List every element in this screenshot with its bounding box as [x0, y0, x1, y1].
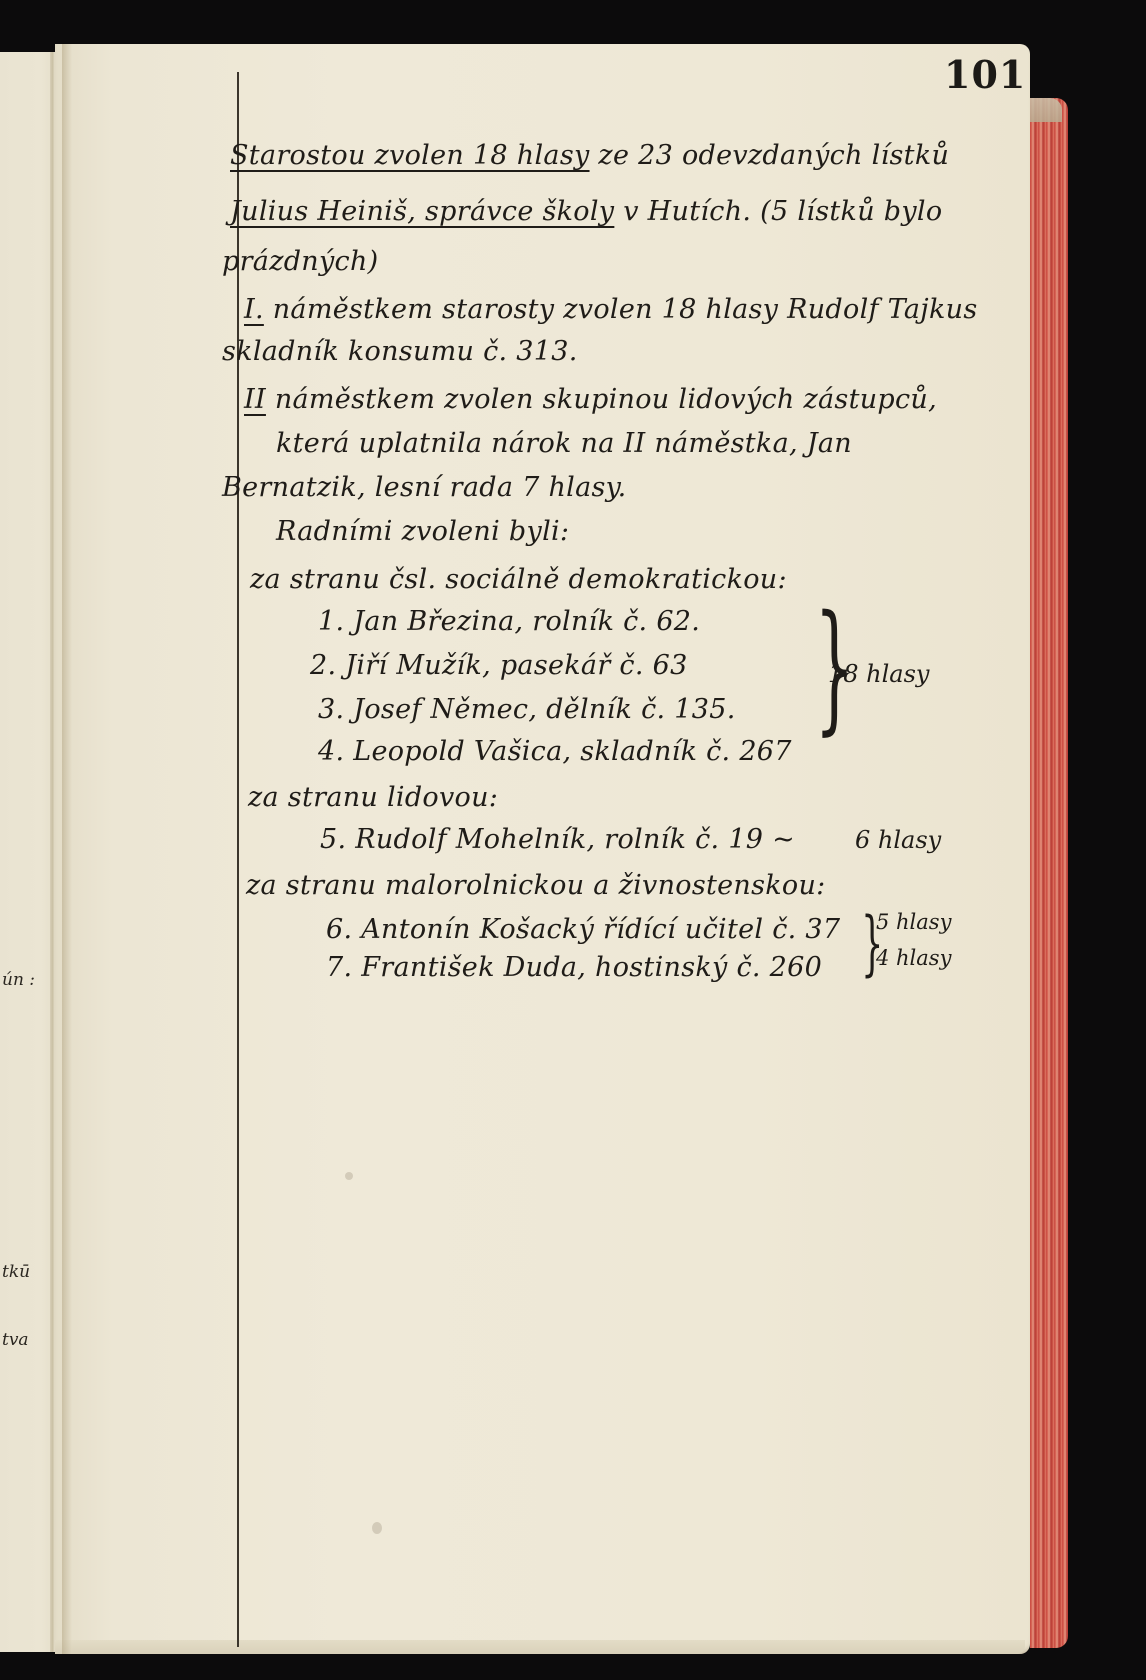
council-member: 3. Josef Němec, dělník č. 135. — [318, 694, 736, 725]
paper-stain — [345, 1172, 353, 1180]
text-line-first-deputy: I. náměstkem starosty zvolen 18 hlasy Ru… — [244, 294, 977, 325]
text-line-mayor-elected: Starostou zvolen 18 hlasy ze 23 odevzdan… — [230, 140, 949, 171]
council-member: 7. František Duda, hostinský č. 260 — [326, 952, 822, 983]
left-page-text-fragment: tva — [2, 1330, 29, 1350]
vote-count: 18 hlasy — [828, 660, 929, 688]
text-line-empty-ballots: prázdných) — [222, 246, 378, 277]
party-label-peoples-party: za stranu lidovou: — [248, 782, 498, 813]
council-member: 6. Antonín Košacký řídící učitel č. 37 — [326, 914, 840, 945]
text-segment: náměstkem zvolen skupinou lidových zástu… — [266, 384, 937, 415]
page-bottom-fold — [55, 1640, 1025, 1654]
text-line-first-deputy-occupation: skladník konsumu č. 313. — [222, 336, 578, 367]
council-member: 1. Jan Březina, rolník č. 62. — [318, 606, 700, 637]
page-number: 101 — [944, 52, 1026, 97]
text-line-councillors-heading: Radními zvoleni byli: — [276, 516, 569, 547]
underlined-text: Starostou zvolen 18 hlasy — [230, 140, 590, 171]
council-member: 4. Leopold Vašica, skladník č. 267 — [318, 736, 792, 767]
scanned-book-spread: ún : tkū tva 101 Starostou zvolen 18 hla… — [0, 0, 1146, 1680]
text-segment: v Hutích. (5 lístků bylo — [614, 196, 942, 227]
council-member: 5. Rudolf Mohelník, rolník č. 19 ~ — [320, 824, 795, 855]
page-edges-red — [1030, 98, 1068, 1648]
text-segment: náměstkem starosty zvolen 18 hlasy Rudol… — [264, 294, 978, 325]
roman-numeral: I. — [244, 294, 264, 325]
left-page-text-fragment: ún : — [2, 970, 35, 990]
text-line-mayor-name: Julius Heiniš, správce školy v Hutích. (… — [230, 196, 942, 227]
page-stack-top — [1030, 98, 1062, 122]
party-label-social-democrats: za stranu čsl. sociálně demokratickou: — [250, 564, 787, 595]
text-line-second-deputy-name: Bernatzik, lesní rada 7 hlasy. — [222, 472, 626, 503]
vote-count: 4 hlasy — [876, 946, 951, 970]
underlined-text: Julius Heiniš, správce školy — [230, 196, 614, 227]
vote-count: 5 hlasy — [876, 910, 951, 934]
text-line-second-deputy: II náměstkem zvolen skupinou lidových zá… — [244, 384, 937, 415]
text-segment: ze 23 odevzdaných lístků — [590, 140, 950, 171]
roman-numeral: II — [244, 384, 266, 415]
vote-count: 6 hlasy — [855, 826, 941, 854]
left-page-text-fragment: tkū — [2, 1262, 30, 1282]
margin-rule-line — [237, 72, 239, 1647]
gutter-crease — [62, 44, 72, 1654]
council-member: 2. Jiří Mužík, pasekář č. 63 — [310, 650, 688, 681]
paper-stain — [372, 1522, 382, 1534]
text-line-claim: která uplatnila nárok na II náměstka, Ja… — [276, 428, 852, 459]
party-label-smallholders-tradesmen: za stranu malorolnickou a živnostenskou: — [246, 870, 826, 901]
